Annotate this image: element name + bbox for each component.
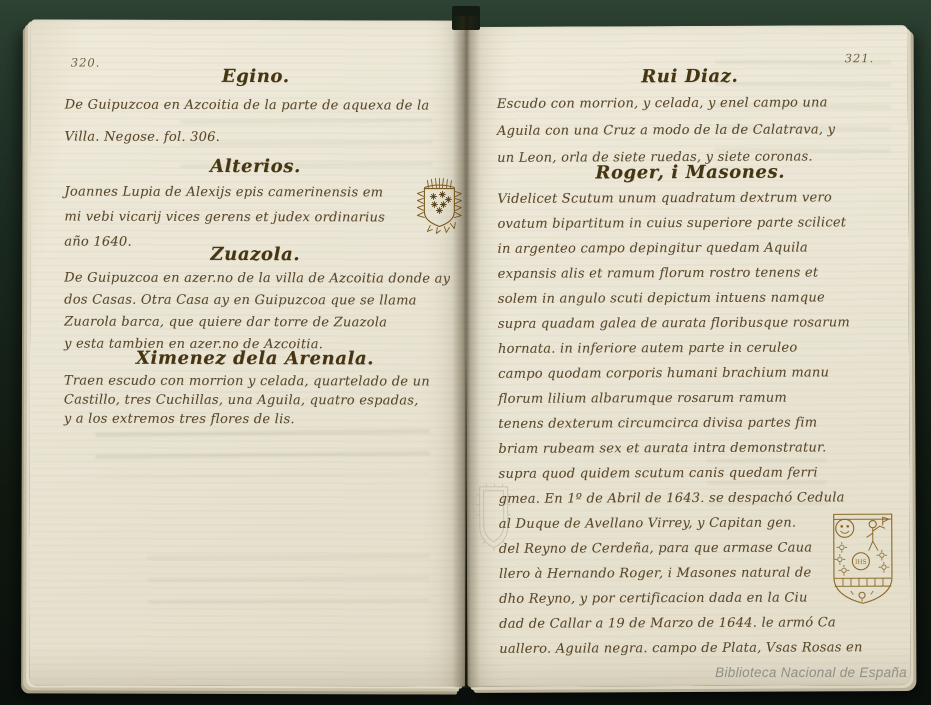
manuscript-line: dho Reyno, y por certificacion dada en l… — [499, 585, 885, 612]
section-heading: Rui Diaz. — [497, 65, 883, 88]
manuscript-line: Traen escudo con morrion y celada, quart… — [64, 372, 446, 392]
folio-number: 321. — [845, 51, 875, 65]
section-rui-diaz: Rui Diaz. Escudo con morrion, y celada, … — [497, 65, 883, 172]
manuscript-line: supra quod quidem scutum canis quedam fe… — [498, 460, 884, 487]
left-page: 320. Egino. De Guipuzcoa en Azcoitia de … — [29, 19, 467, 686]
manuscript-line: Zuarola barca, que quiere dar torre de Z… — [64, 312, 446, 335]
section-roger-masones: Roger, i Masones. Videlicet Scutum unum … — [497, 161, 885, 662]
section-heading: Ximenez dela Arenala. — [64, 348, 446, 370]
manuscript-line: dos Casas. Otra Casa ay en Guipuzcoa que… — [64, 290, 446, 313]
section-alterios: Alterios. Joannes Lupia de Alexijs epis … — [64, 156, 446, 256]
manuscript-line: mi vebi vicarij vices gerens et judex or… — [64, 205, 446, 231]
manuscript-line: solem in angulo scuti depictum intuens n… — [498, 285, 884, 312]
manuscript-line: campo quodam corporis humani brachium ma… — [498, 360, 884, 387]
manuscript-line: al Duque de Avellano Virrey, y Capitan g… — [499, 510, 885, 537]
manuscript-line: y a los extremos tres flores de lis. — [64, 410, 446, 430]
manuscript-line: Videlicet Scutum unum quadratum dextrum … — [497, 185, 883, 212]
manuscript-line: Villa. Negose. fol. 306. — [65, 122, 447, 155]
coat-of-arms-sun-figure-icon: IHS — [831, 511, 895, 609]
manuscript-line: in argenteo campo depingitur quedam Aqui… — [497, 235, 883, 262]
manuscript-line: De Guipuzcoa en azer.no de la villa de A… — [64, 268, 446, 291]
manuscript-line: De Guipuzcoa en Azcoitia de la parte de … — [65, 90, 447, 123]
manuscript-line: ovatum bipartitum in cuius superiore par… — [497, 210, 883, 237]
section-heading: Alterios. — [64, 156, 446, 178]
manuscript-line: Joannes Lupia de Alexijs epis camerinens… — [64, 180, 446, 206]
manuscript-line: uallero. Aguila negra. campo de Plata, V… — [499, 635, 885, 662]
manuscript-line: Castillo, tres Cuchillas, una Aguila, qu… — [64, 391, 446, 411]
manuscript-line: gmea. En 1º de Abril de 1643. se despach… — [499, 485, 885, 512]
manuscript-line: del Reyno de Cerdeña, para que armase Ca… — [499, 535, 885, 562]
book-binding — [452, 6, 480, 30]
manuscript-line: Aguila con una Cruz a modo de la de Cala… — [497, 116, 883, 145]
section-heading: Zuazola. — [64, 244, 446, 266]
manuscript-line: florum lilium albarumque rosarum ramum — [498, 385, 884, 412]
manuscript-line: supra quadam galea de aurata floribusque… — [498, 310, 884, 337]
manuscript-line: hornata. in inferiore autem parte in cer… — [498, 335, 884, 362]
section-zuazola: Zuazola. De Guipuzcoa en azer.no de la v… — [64, 244, 446, 357]
section-egino: Egino. De Guipuzcoa en Azcoitia de la pa… — [65, 66, 447, 155]
manuscript-line: briam rubeam sex et aurata intra demonst… — [498, 435, 884, 462]
manuscript-line: Escudo con morrion, y celada, y enel cam… — [497, 89, 883, 118]
manuscript-line: llero à Hernando Roger, i Masones natura… — [499, 560, 885, 587]
manuscript-line: tenens dexterum circumcirca divisa parte… — [498, 410, 884, 437]
arms-inscription: IHS — [855, 559, 867, 566]
section-heading: Egino. — [65, 66, 447, 88]
manuscript-line: expansis alis et ramum florum rostro ten… — [498, 260, 884, 287]
library-watermark: Biblioteca Nacional de España — [715, 665, 907, 680]
show-through-text — [147, 541, 429, 611]
right-page: 321. Rui Diaz. Escudo con morrion, y cel… — [465, 25, 911, 687]
manuscript-line: dad de Callar a 19 de Marzo de 1644. le … — [499, 610, 885, 637]
section-heading: Roger, i Masones. — [497, 161, 883, 184]
section-ximenez: Ximenez dela Arenala. Traen escudo con m… — [64, 348, 446, 430]
manuscript-scan: 320. Egino. De Guipuzcoa en Azcoitia de … — [0, 0, 931, 705]
coat-of-arms-stars-icon — [414, 176, 466, 238]
